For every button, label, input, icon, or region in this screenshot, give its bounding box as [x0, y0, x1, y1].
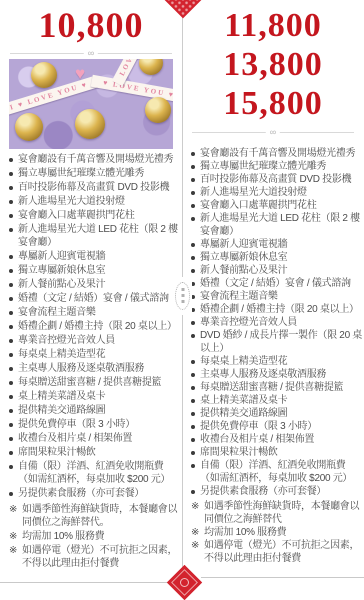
feature-text: 席間果粒果汁暢飲 — [18, 446, 180, 459]
feature-text: 獨立專屬世紀璀璨立體光雕秀 — [200, 160, 362, 173]
bullet-icon — [191, 425, 195, 429]
feature-text: 宴會廳入口處華麗拱門花柱 — [18, 209, 180, 222]
feature-item: 新人進場星光大道 LED 花柱（限 2 樓宴會廳） — [9, 223, 180, 249]
feature-item: 另提供素食服務（亦可套餐） — [191, 485, 362, 498]
feature-text: 獨立專屬新娘休息室 — [18, 264, 180, 277]
feature-item: 專屬新人迎賓電視牆 — [9, 250, 180, 263]
feature-item: 專屬新人迎賓電視牆 — [191, 238, 362, 251]
feature-text: 提供免費停車（限 3 小時） — [200, 420, 362, 433]
bullet-icon — [191, 243, 195, 247]
bullet-icon — [191, 321, 195, 325]
note-text: 均需加 10% 服務費 — [22, 530, 180, 543]
note-marker: ※ — [191, 526, 204, 539]
feature-item: 自備（限）洋酒、紅酒免收開瓶費（如需紅酒杯，每桌加收 $200 元） — [9, 460, 180, 486]
feature-text: 新人餐前點心及果汁 — [18, 278, 180, 291]
feature-item: 收禮台及相片桌 / 相架佈置 — [191, 433, 362, 446]
bullet-icon — [191, 152, 195, 156]
note-text: 如遇季節性海鮮缺貨時，本餐廳會以同價位之海鮮替代 — [204, 500, 362, 526]
note-item: ※ 如遇停電（燈光）不可抗拒之因素，不得以此理由拒付餐費 — [9, 544, 180, 570]
feature-item: 百吋投影佈幕及高畫質 DVD 投影機 — [9, 181, 180, 194]
bullet-icon — [191, 490, 195, 494]
feature-item: 婚禮（文定 / 結婚）宴會 / 儀式諮詢 — [9, 292, 180, 305]
feature-text: 百吋投影佈幕及高畫質 DVD 投影機 — [200, 173, 362, 186]
note-text: 均需加 10% 服務費 — [204, 526, 362, 539]
feature-item: 百吋投影佈幕及高畫質 DVD 投影機 — [191, 173, 362, 186]
feature-text: 自備（限）洋酒、紅酒免收開瓶費（如需紅酒杯，每桌加收 $200 元） — [200, 459, 362, 485]
feature-item: 獨立專屬新娘休息室 — [9, 264, 180, 277]
bullet-icon — [9, 423, 13, 427]
bullet-icon — [191, 178, 195, 182]
bullet-icon — [191, 269, 195, 273]
bullet-icon — [9, 255, 13, 259]
feature-text: 席間果粒果汁暢飲 — [200, 446, 362, 459]
feature-text: 每桌桌上精美造型花 — [18, 348, 180, 361]
feature-item: 另提供素食服務（亦可套餐） — [9, 487, 180, 500]
bullet-icon — [191, 191, 195, 195]
chocolate-icon — [145, 97, 171, 123]
bullet-icon — [9, 367, 13, 371]
bullet-icon — [191, 256, 195, 260]
bullet-icon — [191, 204, 195, 208]
feature-item: 宴會廳設有千萬音響及開場燈光禮秀 — [191, 147, 362, 160]
note-text: 如遇停電（燈光）不可抗拒之因素，不得以此理由拒付餐費 — [204, 539, 362, 565]
feature-text: 主桌專人服務及逐桌敬酒服務 — [200, 368, 362, 381]
feature-item: 婚禮企劃 / 婚禮主持（限 20 桌以上） — [9, 320, 180, 333]
feature-item: 席間果粒果汁暢飲 — [9, 446, 180, 459]
feature-text: DVD 婚紗 / 成長片擇一製作（限 20 桌以上） — [200, 329, 362, 355]
feature-text: 提供免費停車（限 3 小時） — [18, 418, 180, 431]
flourish-icon: ∞ — [84, 48, 98, 59]
feature-item: 宴會流程主題音樂 — [9, 306, 180, 319]
bullet-icon — [9, 492, 13, 496]
note-marker: ※ — [9, 530, 22, 543]
feature-text: 提供精美交通路線圖 — [18, 404, 180, 417]
feature-text: 獨立專屬世紀璀璨立體光雕秀 — [18, 167, 180, 180]
feature-item: 自備（限）洋酒、紅酒免收開瓶費（如需紅酒杯，每桌加收 $200 元） — [191, 459, 362, 485]
feature-text: 新人進場星光大道投射燈 — [200, 186, 362, 199]
bow-heart-icon: ♥ — [75, 65, 85, 82]
feature-text: 專業音控燈光音效人員 — [200, 316, 362, 329]
note-item: ※ 均需加 10% 服務費 — [191, 526, 362, 539]
chocolate-icon — [75, 109, 105, 139]
feature-text: 婚禮（文定 / 結婚）宴會 / 儀式諮詢 — [200, 277, 362, 290]
bullet-icon — [191, 373, 195, 377]
feature-item: 獨立專屬世紀璀璨立體光雕秀 — [9, 167, 180, 180]
feature-item: 主桌專人服務及逐桌敬酒服務 — [191, 368, 362, 381]
feature-text: 桌上精美菜譜及桌卡 — [18, 390, 180, 403]
bullet-icon — [9, 214, 13, 218]
bullet-icon — [191, 165, 195, 169]
feature-item: 新人進場星光大道投射燈 — [9, 195, 180, 208]
bullet-icon — [9, 172, 13, 176]
feature-item: 新人進場星光大道投射燈 — [191, 186, 362, 199]
feature-text: 婚禮企劃 / 婚禮主持（限 20 桌以上） — [18, 320, 180, 333]
feature-text: 宴會廳設有千萬音響及開場燈光禮秀 — [18, 153, 180, 166]
feature-text: 收禮台及相片桌 / 相架佈置 — [200, 433, 362, 446]
feature-item: 婚禮企劃 / 婚禮主持（限 20 桌以上） — [191, 303, 362, 316]
feature-item: 提供免費停車（限 3 小時） — [9, 418, 180, 431]
feature-text: 專屬新人迎賓電視牆 — [200, 238, 362, 251]
feature-item: 宴會流程主題音樂 — [191, 290, 362, 303]
bullet-icon — [191, 334, 195, 338]
feature-item: 收禮台及相片桌 / 相架佈置 — [9, 432, 180, 445]
feature-text: 宴會廳入口處華麗拱門花柱 — [200, 199, 362, 212]
feature-text: 提供精美交通路線圖 — [200, 407, 362, 420]
package-price-group: 11,80013,80015,800 — [182, 6, 364, 123]
bullet-icon — [191, 386, 195, 390]
feature-text: 百吋投影佈幕及高畫質 DVD 投影機 — [18, 181, 180, 194]
bullet-icon — [9, 339, 13, 343]
section-divider: ∞ — [192, 132, 354, 133]
bullet-icon — [191, 464, 195, 468]
feature-text: 專業音控燈光音效人員 — [18, 334, 180, 347]
feature-item: DVD 婚紗 / 成長片擇一製作（限 20 桌以上） — [191, 329, 362, 355]
feature-item: 桌上精美菜譜及桌卡 — [9, 390, 180, 403]
feature-list: 宴會廳設有千萬音響及開場燈光禮秀 獨立專屬世紀璀璨立體光雕秀 百吋投影佈幕及高畫… — [0, 149, 182, 500]
note-marker: ※ — [191, 500, 204, 513]
feature-text: 婚禮（文定 / 結婚）宴會 / 儀式諮詢 — [18, 292, 180, 305]
bullet-icon — [191, 412, 195, 416]
note-item: ※ 均需加 10% 服務費 — [9, 530, 180, 543]
package-column-left: 10,800 ∞ I ♥ LOVE YOU ♥ ♥ LOVE YOU ♥ LOV… — [0, 0, 182, 600]
feature-text: 每桌贈送甜蜜喜糖 / 提供喜糖提籃 — [200, 381, 362, 394]
lantern-ornament-icon — [173, 277, 192, 315]
note-item: ※ 如遇季節性海鮮缺貨時，本餐廳會以同價位之海鮮替代 — [191, 500, 362, 526]
package-price: 10,800 — [0, 4, 182, 47]
feature-text: 自備（限）洋酒、紅酒免收開瓶費（如需紅酒杯，每桌加收 $200 元） — [18, 460, 180, 486]
feature-item: 桌上精美菜譜及桌卡 — [191, 394, 362, 407]
feature-item: 新人餐前點心及果汁 — [191, 264, 362, 277]
feature-item: 提供精美交通路線圖 — [9, 404, 180, 417]
feature-item: 婚禮（文定 / 結婚）宴會 / 儀式諮詢 — [191, 277, 362, 290]
wedding-banquet-package-flyer: 10,800 ∞ I ♥ LOVE YOU ♥ ♥ LOVE YOU ♥ LOV… — [0, 0, 364, 600]
feature-text: 宴會廳設有千萬音響及開場燈光禮秀 — [200, 147, 362, 160]
feature-text: 新人餐前點心及果汁 — [200, 264, 362, 277]
bullet-icon — [9, 200, 13, 204]
bottom-rule-right — [201, 577, 364, 578]
bullet-icon — [9, 465, 13, 469]
feature-text: 另提供素食服務（亦可套餐） — [18, 487, 180, 500]
note-item: ※ 如遇停電（燈光）不可抗拒之因素，不得以此理由拒付餐費 — [191, 539, 362, 565]
package-price: 11,800 — [182, 6, 364, 45]
bullet-icon — [9, 437, 13, 441]
feature-item: 獨立專屬新娘休息室 — [191, 251, 362, 264]
feature-text: 宴會流程主題音樂 — [18, 306, 180, 319]
chocolate-bouquet-photo: I ♥ LOVE YOU ♥ ♥ LOVE YOU ♥ LOVE ♥ — [9, 59, 173, 149]
feature-item: 專業音控燈光音效人員 — [191, 316, 362, 329]
note-marker: ※ — [9, 544, 22, 557]
feature-item: 每桌桌上精美造型花 — [9, 348, 180, 361]
feature-text: 婚禮企劃 / 婚禮主持（限 20 桌以上） — [200, 303, 362, 316]
feature-item: 主桌專人服務及逐桌敬酒服務 — [9, 362, 180, 375]
feature-item: 新人進場星光大道 LED 花柱（限 2 樓宴會廳） — [191, 212, 362, 238]
bullet-icon — [9, 158, 13, 162]
feature-item: 宴會廳設有千萬音響及開場燈光禮秀 — [9, 153, 180, 166]
feature-text: 新人進場星光大道 LED 花柱（限 2 樓宴會廳） — [200, 212, 362, 238]
feature-text: 專屬新人迎賓電視牆 — [18, 250, 180, 263]
note-list: ※ 如遇季節性海鮮缺貨時，本餐廳會以同價位之海鮮替代。 ※ 均需加 10% 服務… — [0, 501, 182, 570]
bullet-icon — [191, 451, 195, 455]
bullet-icon — [9, 297, 13, 301]
feature-text: 桌上精美菜譜及桌卡 — [200, 394, 362, 407]
bullet-icon — [9, 283, 13, 287]
feature-item: 每桌桌上精美造型花 — [191, 355, 362, 368]
feature-item: 宴會廳入口處華麗拱門花柱 — [191, 199, 362, 212]
feature-item: 宴會廳入口處華麗拱門花柱 — [9, 209, 180, 222]
note-item: ※ 如遇季節性海鮮缺貨時，本餐廳會以同價位之海鮮替代。 — [9, 503, 180, 529]
bullet-icon — [9, 186, 13, 190]
bullet-icon — [9, 409, 13, 413]
feature-item: 專業音控燈光音效人員 — [9, 334, 180, 347]
feature-text: 主桌專人服務及逐桌敬酒服務 — [18, 362, 180, 375]
bullet-icon — [9, 353, 13, 357]
feature-text: 新人進場星光大道 LED 花柱（限 2 樓宴會廳） — [18, 223, 180, 249]
feature-item: 每桌贈送甜蜜喜糖 / 提供喜糖提籃 — [9, 376, 180, 389]
package-column-right: 11,80013,80015,800 ∞ 宴會廳設有千萬音響及開場燈光禮秀 獨立… — [182, 0, 364, 600]
chocolate-icon — [31, 62, 57, 88]
feature-text: 獨立專屬新娘休息室 — [200, 251, 362, 264]
feature-item: 提供精美交通路線圖 — [191, 407, 362, 420]
feature-text: 每桌桌上精美造型花 — [200, 355, 362, 368]
bullet-icon — [9, 269, 13, 273]
bullet-icon — [191, 438, 195, 442]
feature-text: 收禮台及相片桌 / 相架佈置 — [18, 432, 180, 445]
note-list: ※ 如遇季節性海鮮缺貨時，本餐廳會以同價位之海鮮替代 ※ 均需加 10% 服務費… — [182, 498, 364, 565]
feature-item: 提供免費停車（限 3 小時） — [191, 420, 362, 433]
bullet-icon — [191, 360, 195, 364]
bullet-icon — [9, 325, 13, 329]
bullet-icon — [191, 399, 195, 403]
note-marker: ※ — [191, 539, 204, 552]
flourish-icon: ∞ — [266, 127, 280, 138]
chocolate-icon — [15, 113, 43, 141]
feature-item: 新人餐前點心及果汁 — [9, 278, 180, 291]
bottom-rule-left — [0, 582, 170, 583]
feature-item: 席間果粒果汁暢飲 — [191, 446, 362, 459]
note-text: 如遇季節性海鮮缺貨時，本餐廳會以同價位之海鮮替代。 — [22, 503, 180, 529]
feature-text: 另提供素食服務（亦可套餐） — [200, 485, 362, 498]
package-price: 13,800 — [182, 45, 364, 84]
package-price: 15,800 — [182, 84, 364, 123]
bullet-icon — [9, 228, 13, 232]
bullet-icon — [9, 381, 13, 385]
feature-item: 獨立專屬世紀璀璨立體光雕秀 — [191, 160, 362, 173]
feature-text: 新人進場星光大道投射燈 — [18, 195, 180, 208]
feature-item: 每桌贈送甜蜜喜糖 / 提供喜糖提籃 — [191, 381, 362, 394]
note-marker: ※ — [9, 503, 22, 516]
note-text: 如遇停電（燈光）不可抗拒之因素，不得以此理由拒付餐費 — [22, 544, 180, 570]
feature-list: 宴會廳設有千萬音響及開場燈光禮秀 獨立專屬世紀璀璨立體光雕秀 百吋投影佈幕及高畫… — [182, 139, 364, 498]
bullet-icon — [9, 395, 13, 399]
section-divider: ∞ — [10, 53, 172, 54]
bullet-icon — [191, 217, 195, 221]
bullet-icon — [9, 311, 13, 315]
chocolate-icon — [139, 59, 163, 75]
bullet-icon — [9, 451, 13, 455]
feature-text: 宴會流程主題音樂 — [200, 290, 362, 303]
feature-text: 每桌贈送甜蜜喜糖 / 提供喜糖提籃 — [18, 376, 180, 389]
